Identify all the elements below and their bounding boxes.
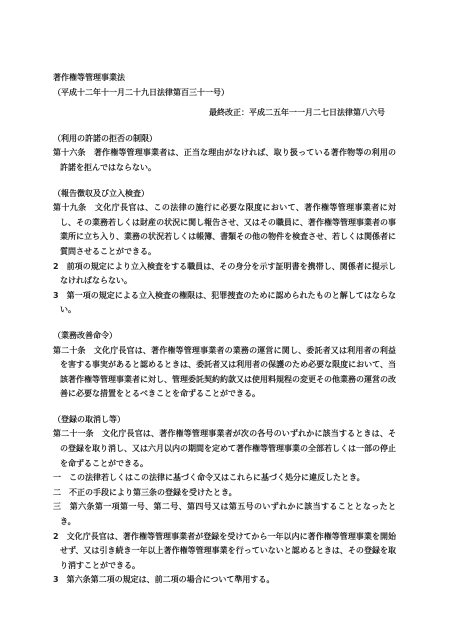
law-paragraph: 第十九条 文化庁長官は、この法律の施行に必要な限度において、著作権等管理事業者に… xyxy=(53,201,396,259)
law-list-item: 二 不正の手段により第三条の登録を受けたとき。 xyxy=(53,486,396,501)
section-heading: （業務改善命令） xyxy=(53,329,396,344)
law-paragraph: 第二十一条 文化庁長官は、著作権等管理事業者が次の各号のいずれかに該当するときは… xyxy=(53,427,396,471)
law-paragraph: 第二十条 文化庁長官は、著作権等管理事業者の業務の運営に関し、委託者又は利用者の… xyxy=(53,344,396,402)
law-paragraph: 3 第一項の規定による立入検査の権限は、犯罪捜査のために認められたものと解しては… xyxy=(53,289,396,318)
section-registration-cancellation: （登録の取消し等） 第二十一条 文化庁長官は、著作権等管理事業者が次の各号のいず… xyxy=(53,413,396,588)
document-title: 著作権等管理事業法 xyxy=(53,71,396,86)
section-heading: （利用の許諾の拒否の制限） xyxy=(53,132,396,147)
law-list-item: 三 第六条第一項第一号、第二号、第四号又は第五号のいずれかに該当することとなった… xyxy=(53,500,396,529)
section-business-improvement-order: （業務改善命令） 第二十条 文化庁長官は、著作権等管理事業者の業務の運営に関し、… xyxy=(53,329,396,402)
law-list-item: 一 この法律若しくはこの法律に基づく命令又はこれらに基づく処分に違反したとき。 xyxy=(53,471,396,486)
section-report-inspection: （報告徴収及び立入検査） 第十九条 文化庁長官は、この法律の施行に必要な限度にお… xyxy=(53,187,396,318)
law-paragraph: 2 前項の規定により立入検査をする職員は、その身分を示す証明書を携帯し、関係者に… xyxy=(53,260,396,289)
section-license-refusal-limit: （利用の許諾の拒否の制限） 第十六条 著作権等管理事業者は、正当な理由がなければ… xyxy=(53,132,396,176)
last-amendment-line: 最終改正：平成二五年一一月二七日法律第八六号 xyxy=(53,106,396,121)
enactment-line: （平成十二年十一月二十九日法律第百三十一号） xyxy=(53,86,396,101)
document-page: 著作権等管理事業法 （平成十二年十一月二十九日法律第百三十一号） 最終改正：平成… xyxy=(0,0,449,636)
section-heading: （登録の取消し等） xyxy=(53,413,396,428)
law-paragraph: 3 第六条第二項の規定は、前二項の場合について準用する。 xyxy=(53,573,396,588)
law-paragraph: 2 文化庁長官は、著作権等管理事業者が登録を受けてから一年以内に著作権等管理事業… xyxy=(53,530,396,574)
law-paragraph: 第十六条 著作権等管理事業者は、正当な理由がなければ、取り扱っている著作物等の利… xyxy=(53,146,396,175)
section-heading: （報告徴収及び立入検査） xyxy=(53,187,396,202)
document-content: 著作権等管理事業法 （平成十二年十一月二十九日法律第百三十一号） 最終改正：平成… xyxy=(53,71,396,588)
